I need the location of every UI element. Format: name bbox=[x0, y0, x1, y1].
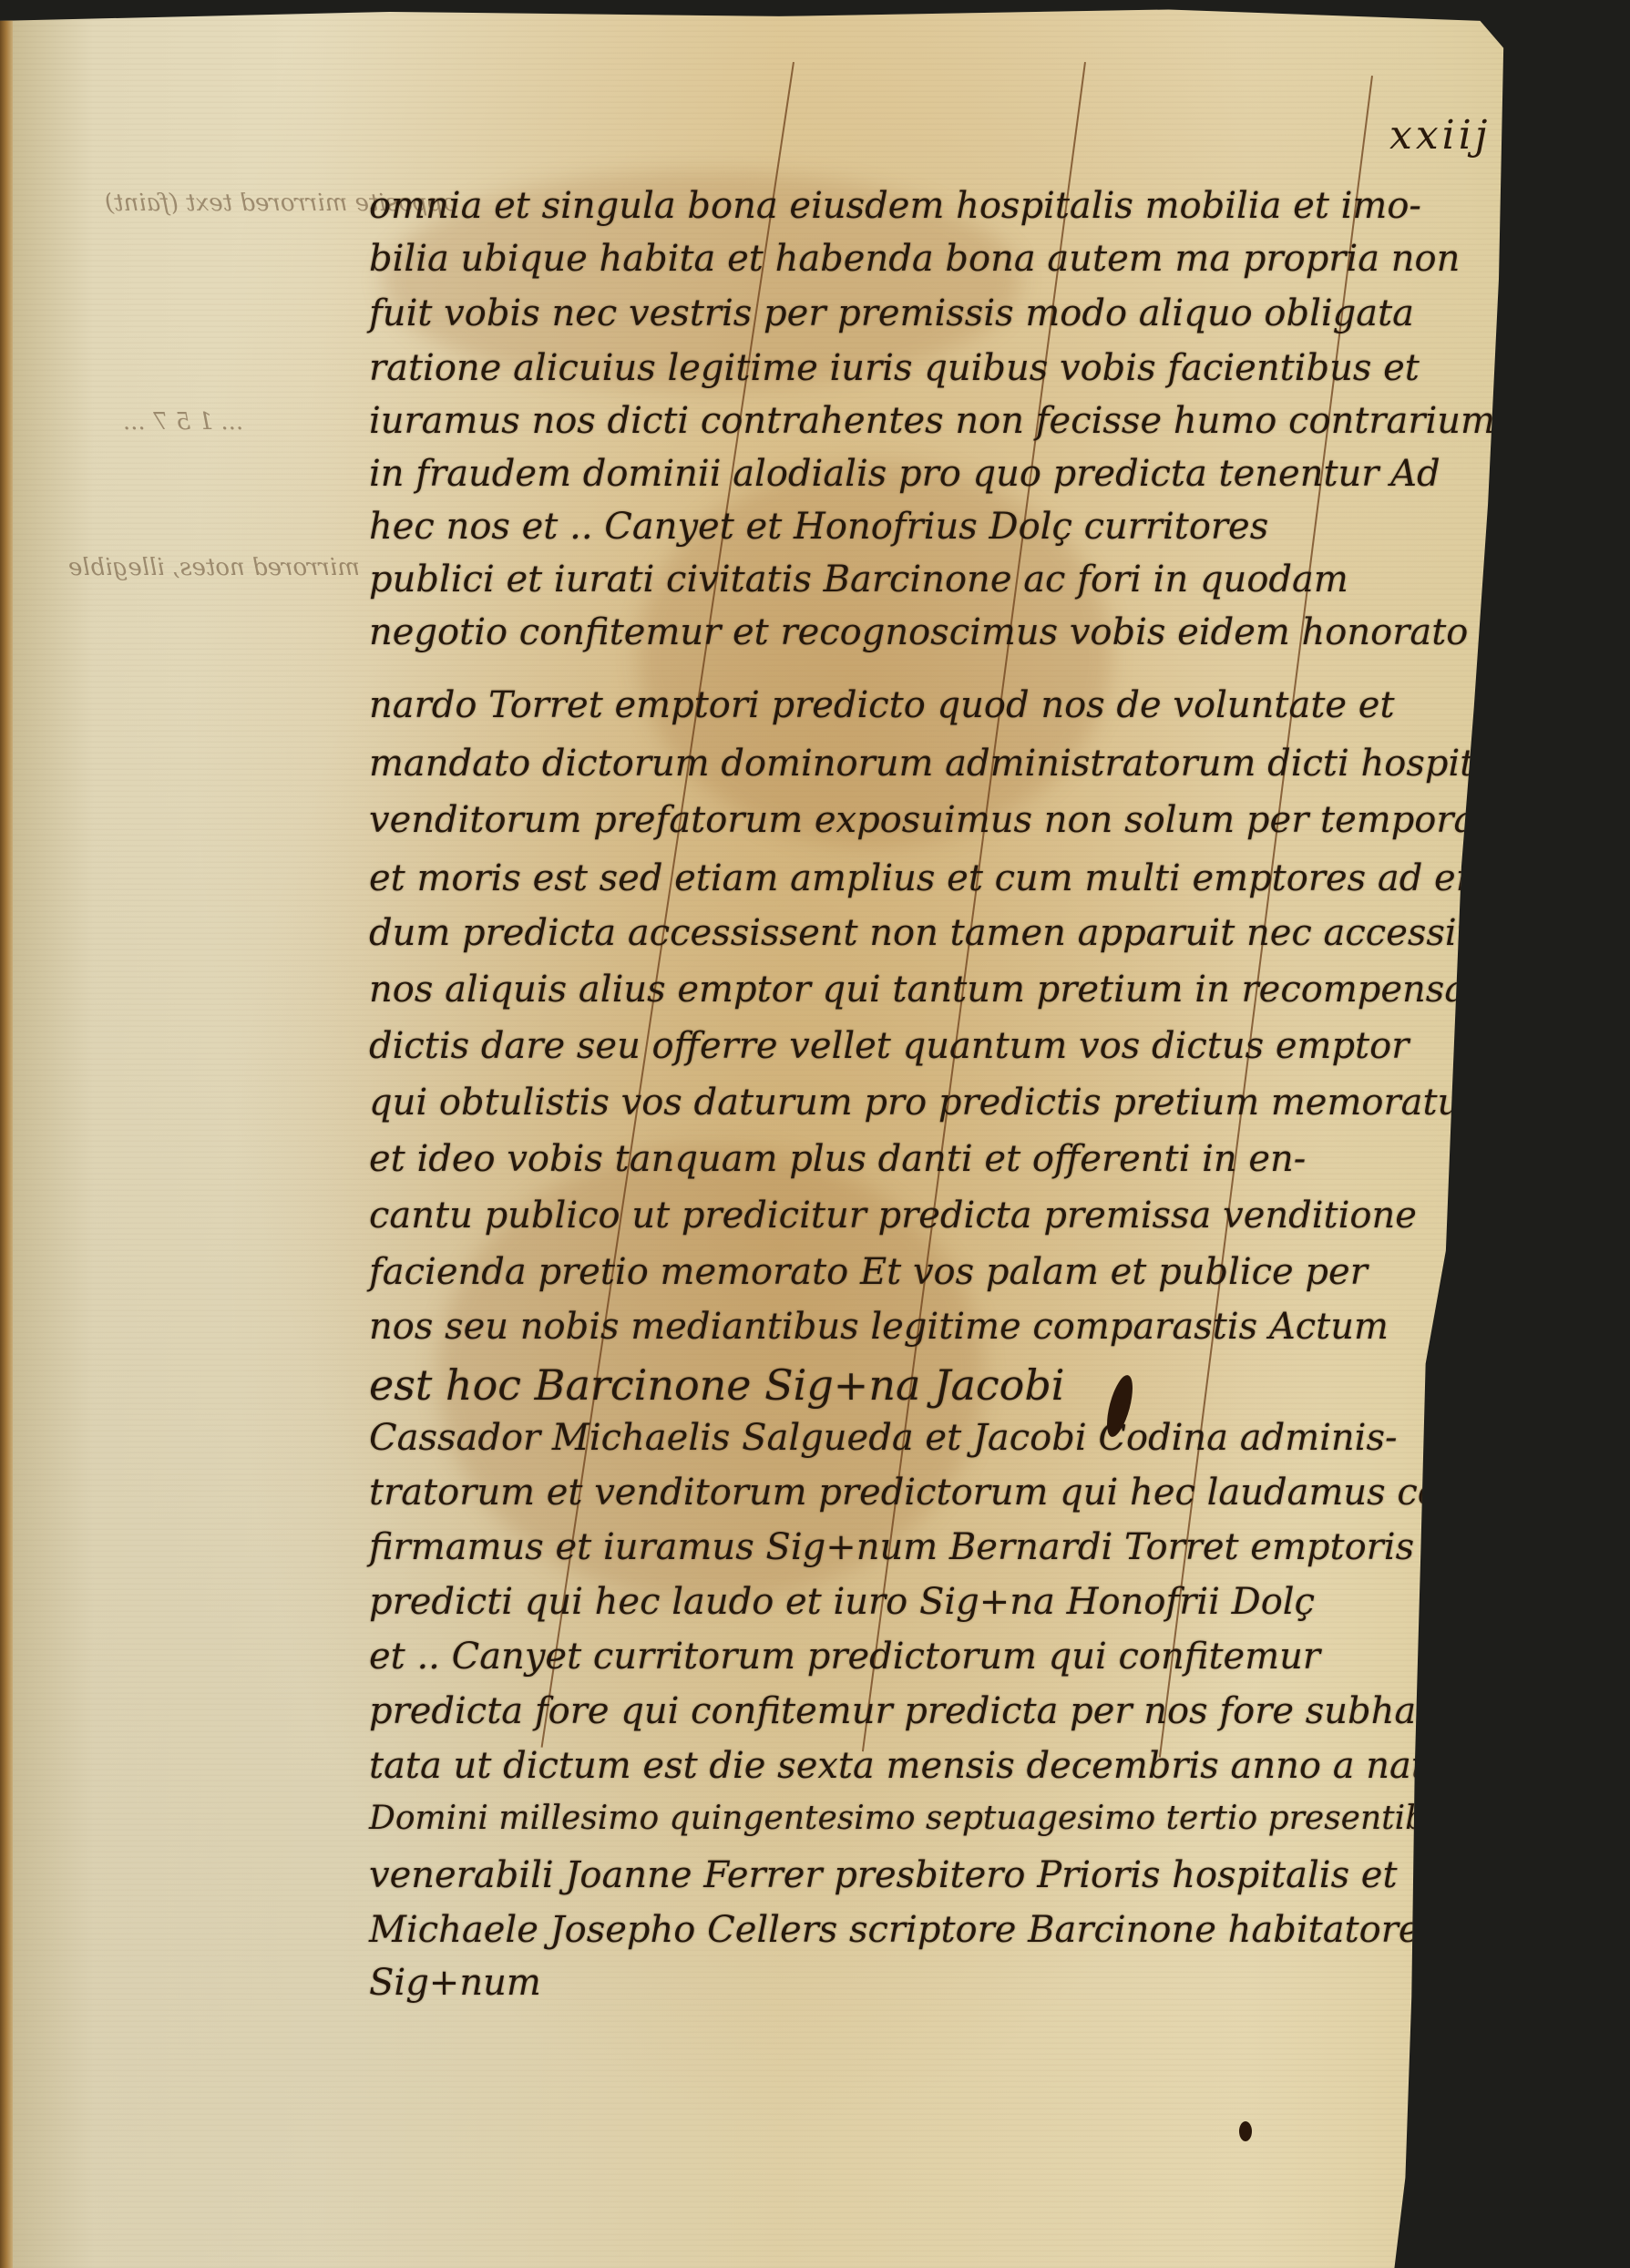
text-line: ratione alicuius legitime iuris quibus v… bbox=[369, 347, 1420, 389]
text-line: venditorum prefatorum exposuimus non sol… bbox=[369, 799, 1563, 841]
text-line: et moris est sed etiam amplius et cum mu… bbox=[369, 857, 1548, 899]
text-line: iuramus nos dicti contrahentes non fecis… bbox=[369, 400, 1495, 442]
margin-note: ... 1 5 7 ... bbox=[123, 408, 243, 436]
text-line: negotio confitemur et recognoscimus vobi… bbox=[369, 611, 1558, 653]
text-line: tata ut dictum est die sexta mensis dece… bbox=[369, 1745, 1543, 1787]
text-line: facienda pretio memorato Et vos palam et… bbox=[369, 1251, 1368, 1293]
text-line: firmamus et iuramus Sig+num Bernardi Tor… bbox=[369, 1526, 1414, 1568]
text-line: nardo Torret emptori predicto quod nos d… bbox=[369, 684, 1395, 726]
text-line: in fraudem dominii alodialis pro quo pre… bbox=[369, 453, 1440, 495]
text-line: fuit vobis nec vestris per premissis mod… bbox=[369, 292, 1414, 334]
text-line: Sig+num bbox=[369, 1962, 541, 2004]
text-line: predicta fore qui confitemur predicta pe… bbox=[369, 1690, 1447, 1732]
text-line: nos seu nobis mediantibus legitime compa… bbox=[369, 1306, 1389, 1348]
margin-note: mirrored notes, illegible bbox=[68, 554, 360, 581]
text-line: predicti qui hec laudo et iuro Sig+na Ho… bbox=[369, 1581, 1315, 1623]
text-line: cantu publico ut predicitur predicta pre… bbox=[369, 1195, 1417, 1237]
text-line: dictis dare seu offerre vellet quantum v… bbox=[369, 1025, 1409, 1067]
text-line: Cassador Michaelis Salgueda et Jacobi Co… bbox=[369, 1417, 1398, 1459]
text-line: mandato dictorum dominorum administrator… bbox=[369, 743, 1538, 785]
folio-number: xxiij bbox=[1389, 112, 1491, 159]
text-line: venerabili Joanne Ferrer presbitero Prio… bbox=[369, 1854, 1398, 1896]
wormhole-spot bbox=[1239, 2121, 1252, 2141]
text-line: nos aliquis alius emptor qui tantum pret… bbox=[369, 969, 1505, 1011]
text-line: Michaele Josepho Cellers scriptore Barci… bbox=[369, 1909, 1420, 1951]
text-line: omnia et singula bona eiusdem hospitalis… bbox=[369, 185, 1421, 227]
text-line: hec nos et .. Canyet et Honofrius Dolç c… bbox=[369, 506, 1268, 548]
text-line: tratorum et venditorum predictorum qui h… bbox=[369, 1472, 1616, 1514]
text-line: publici et iurati civitatis Barcinone ac… bbox=[369, 559, 1348, 600]
manuscript-scan: xxiij opposite mirrored text (faint) ...… bbox=[0, 0, 1630, 2268]
binding-edge bbox=[0, 7, 13, 2268]
text-line: Domini millesimo quingentesimo septuages… bbox=[369, 1800, 1630, 1837]
text-line: est hoc Barcinone Sig+na Jacobi bbox=[369, 1360, 1065, 1410]
text-line: et .. Canyet curritorum predictorum qui … bbox=[369, 1636, 1320, 1678]
parchment-page: xxiij opposite mirrored text (faint) ...… bbox=[0, 7, 1558, 2268]
text-line: dum predicta accessissent non tamen appa… bbox=[369, 912, 1528, 954]
text-line: bilia ubique habita et habenda bona aute… bbox=[369, 238, 1460, 280]
text-line: qui obtulistis vos daturum pro predictis… bbox=[369, 1082, 1495, 1124]
text-line: et ideo vobis tanquam plus danti et offe… bbox=[369, 1138, 1306, 1180]
